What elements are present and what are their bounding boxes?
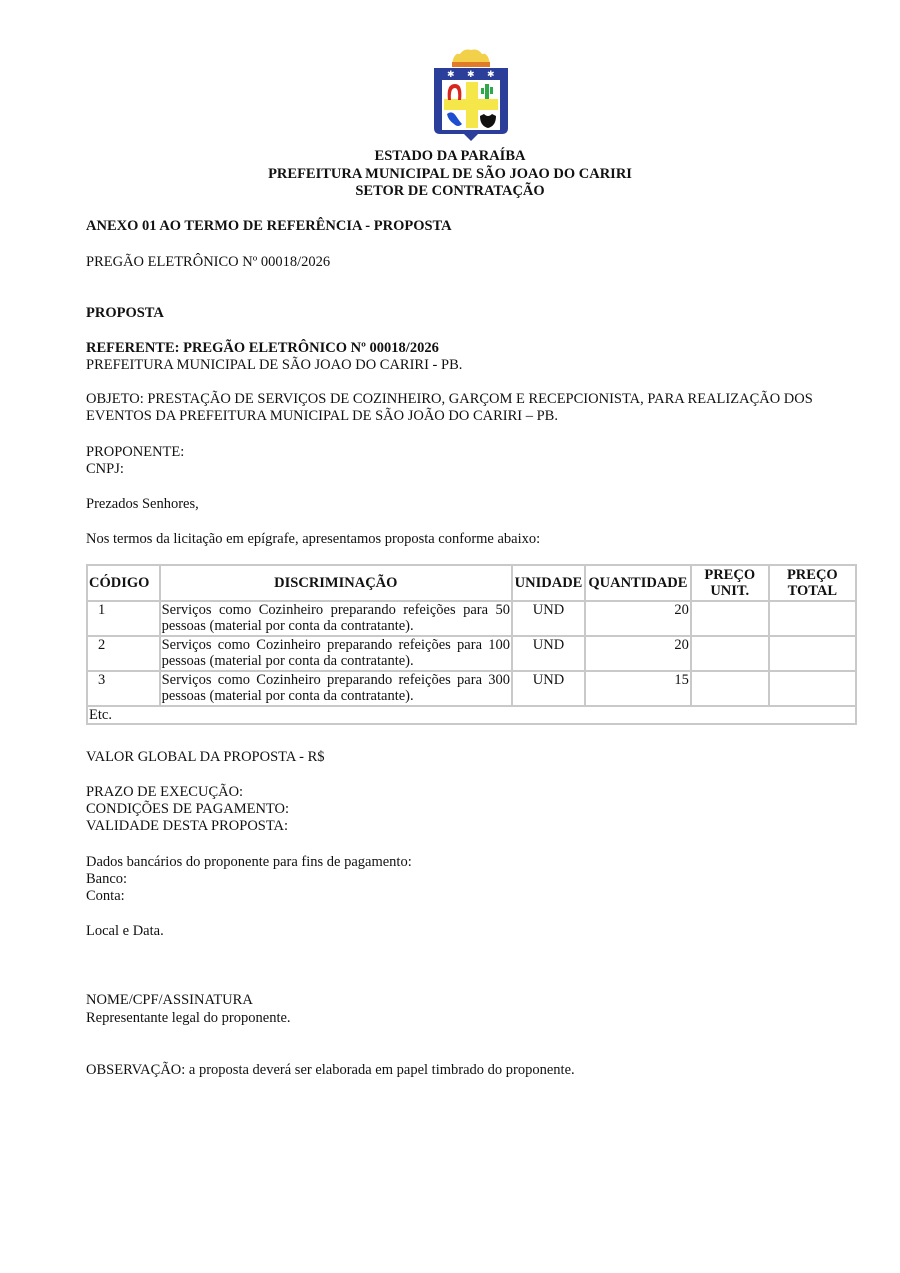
header-preco-total-line2: TOTAL xyxy=(771,583,854,599)
cell-etc: Etc. xyxy=(87,706,856,724)
cell-preco-total[interactable] xyxy=(769,636,856,671)
table-header-row: CÓDIGO DISCRIMINAÇÃO UNIDADE QUANTIDADE … xyxy=(87,565,856,601)
cell-codigo: 3 xyxy=(87,671,160,706)
proposal-validity: VALIDADE DESTA PROPOSTA: xyxy=(86,818,288,835)
proposal-table: CÓDIGO DISCRIMINAÇÃO UNIDADE QUANTIDADE … xyxy=(86,564,857,725)
cell-quantidade: 20 xyxy=(585,601,691,636)
cell-quantidade: 15 xyxy=(585,671,691,706)
proponente-field: PROPONENTE: xyxy=(86,444,184,461)
cell-discriminacao: Serviços como Cozinheiro preparando refe… xyxy=(160,636,512,671)
header-preco-unit-line2: UNIT. xyxy=(693,583,767,599)
svg-text:✱: ✱ xyxy=(447,70,455,80)
cnpj-field: CNPJ: xyxy=(86,461,124,478)
object-line-2: EVENTOS DA PREFEITURA MUNICIPAL DE SÃO J… xyxy=(86,408,866,425)
table-row: 2 Serviços como Cozinheiro preparando re… xyxy=(87,636,856,671)
desc-line-1: Serviços como Cozinheiro preparando refe… xyxy=(162,602,510,618)
global-value: VALOR GLOBAL DA PROPOSTA - R$ xyxy=(86,749,325,766)
proposal-title: PROPOSTA xyxy=(86,305,164,322)
cell-quantidade: 20 xyxy=(585,636,691,671)
reference-line: REFERENTE: PREGÃO ELETRÔNICO Nº 00018/20… xyxy=(86,340,439,357)
cell-discriminacao: Serviços como Cozinheiro preparando refe… xyxy=(160,671,512,706)
header-preco-total-line1: PREÇO xyxy=(771,567,854,583)
account-field: Conta: xyxy=(86,888,125,905)
desc-line-2: pessoas (material por conta da contratan… xyxy=(162,653,414,669)
legal-representative: Representante legal do proponente. xyxy=(86,1010,291,1027)
svg-text:✱: ✱ xyxy=(467,70,475,80)
object-description: OBJETO: PRESTAÇÃO DE SERVIÇOS DE COZINHE… xyxy=(86,391,866,425)
header-preco-unit: PREÇO UNIT. xyxy=(691,565,769,601)
cell-unidade: UND xyxy=(512,601,585,636)
header-codigo: CÓDIGO xyxy=(87,565,160,601)
place-date: Local e Data. xyxy=(86,923,164,940)
table-row: 1 Serviços como Cozinheiro preparando re… xyxy=(87,601,856,636)
header-discriminacao: DISCRIMINAÇÃO xyxy=(160,565,512,601)
cell-discriminacao: Serviços como Cozinheiro preparando refe… xyxy=(160,601,512,636)
header-state: ESTADO DA PARAÍBA xyxy=(0,148,900,166)
table-row: 3 Serviços como Cozinheiro preparando re… xyxy=(87,671,856,706)
prefeitura-line: PREFEITURA MUNICIPAL DE SÃO JOAO DO CARI… xyxy=(86,357,462,374)
object-line-1: OBJETO: PRESTAÇÃO DE SERVIÇOS DE COZINHE… xyxy=(86,391,866,408)
payment-conditions: CONDIÇÕES DE PAGAMENTO: xyxy=(86,801,289,818)
cell-preco-total[interactable] xyxy=(769,601,856,636)
desc-line-1: Serviços como Cozinheiro preparando refe… xyxy=(162,672,510,688)
header-preco-total: PREÇO TOTAL xyxy=(769,565,856,601)
pregao-number: PREGÃO ELETRÔNICO Nº 00018/2026 xyxy=(86,254,330,271)
svg-text:✱: ✱ xyxy=(487,70,495,80)
desc-line-2: pessoas (material por conta da contratan… xyxy=(162,618,414,634)
cell-preco-unit[interactable] xyxy=(691,671,769,706)
header-sector: SETOR DE CONTRATAÇÃO xyxy=(0,183,900,201)
cell-preco-total[interactable] xyxy=(769,671,856,706)
document-header: ESTADO DA PARAÍBA PREFEITURA MUNICIPAL D… xyxy=(0,148,900,201)
table-row-etc: Etc. xyxy=(87,706,856,724)
cell-codigo: 1 xyxy=(87,601,160,636)
bank-data-label: Dados bancários do proponente para fins … xyxy=(86,854,412,871)
cell-codigo: 2 xyxy=(87,636,160,671)
header-municipality: PREFEITURA MUNICIPAL DE SÃO JOAO DO CARI… xyxy=(0,166,900,184)
cell-preco-unit[interactable] xyxy=(691,636,769,671)
desc-line-2: pessoas (material por conta da contratan… xyxy=(162,688,414,704)
cell-unidade: UND xyxy=(512,636,585,671)
greeting: Prezados Senhores, xyxy=(86,496,199,513)
cell-preco-unit[interactable] xyxy=(691,601,769,636)
coat-of-arms-icon: ✱ ✱ ✱ xyxy=(430,44,512,144)
annex-title: ANEXO 01 AO TERMO DE REFERÊNCIA - PROPOS… xyxy=(86,218,452,235)
intro-text: Nos termos da licitação em epígrafe, apr… xyxy=(86,531,540,548)
desc-line-1: Serviços como Cozinheiro preparando refe… xyxy=(162,637,510,653)
bank-field: Banco: xyxy=(86,871,127,888)
header-unidade: UNIDADE xyxy=(512,565,585,601)
signature-line: NOME/CPF/ASSINATURA xyxy=(86,992,253,1009)
cell-unidade: UND xyxy=(512,671,585,706)
header-preco-unit-line1: PREÇO xyxy=(693,567,767,583)
observation: OBSERVAÇÃO: a proposta deverá ser elabor… xyxy=(86,1062,575,1079)
execution-term: PRAZO DE EXECUÇÃO: xyxy=(86,784,243,801)
header-quantidade: QUANTIDADE xyxy=(585,565,691,601)
